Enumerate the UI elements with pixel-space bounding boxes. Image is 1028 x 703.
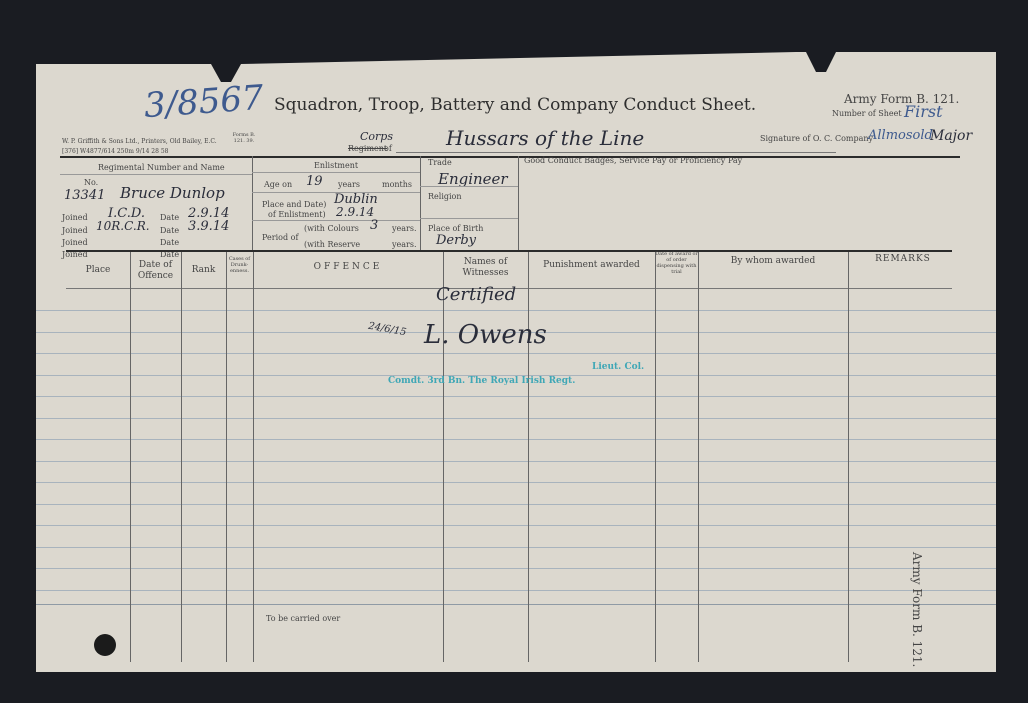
certification-date: 24/6/15: [367, 321, 407, 339]
divider: [518, 156, 519, 251]
ruled-line: [36, 525, 996, 526]
ruled-line: [36, 568, 996, 569]
column-header-date: Date of Offence: [130, 260, 181, 282]
years-label: years.: [392, 224, 417, 233]
birth-value: Derby: [436, 233, 476, 248]
trade-label: Trade: [428, 158, 452, 167]
badges-label: Good Conduct Badges, Service Pay or Prof…: [524, 156, 742, 165]
column-divider: [226, 252, 227, 662]
column-divider: [443, 252, 444, 662]
enlistment-date: 2.9.14: [336, 205, 374, 219]
punch-hole: [94, 634, 116, 656]
column-divider: [253, 252, 254, 662]
column-header-offence: OFFENCE: [253, 262, 443, 273]
place-label-2: of Enlistment): [268, 210, 326, 219]
sheet-number-value: First: [904, 102, 943, 121]
ruled-line: [36, 590, 996, 591]
joined-unit-2: 10R.C.R.: [96, 219, 150, 233]
regiment-label: Regiment: [348, 144, 387, 153]
ruled-line: [36, 418, 996, 419]
reference-number: 3/8567: [143, 78, 265, 126]
birth-label: Place of Birth: [428, 224, 483, 233]
joined-label: Joined: [62, 226, 88, 235]
signature-label: Signature of O. C. Company: [760, 134, 873, 143]
certified-text: Certified: [436, 284, 516, 305]
ruled-line: [36, 482, 996, 483]
column-header-remarks: REMARKS: [848, 254, 958, 265]
column-header-awarded-by: By whom awarded: [698, 256, 848, 267]
ruled-line: [36, 310, 996, 311]
divider: [252, 172, 420, 173]
months-label: months: [382, 180, 412, 189]
joined-date-2: 3.9.14: [188, 219, 229, 234]
divider: [420, 218, 518, 219]
religion-label: Religion: [428, 192, 462, 201]
place-label-1: Place and Date): [262, 200, 326, 209]
column-divider: [848, 252, 849, 662]
regiment-value: Hussars of the Line: [446, 126, 644, 150]
column-header-place: Place: [66, 265, 130, 276]
date-label: Date: [160, 238, 179, 247]
printer-line-2: [376] W4877/614 250m 9/14 28 58: [62, 148, 168, 155]
ruled-line: [36, 353, 996, 354]
column-header-witnesses: Names of Witnesses: [443, 257, 528, 279]
age-label: Age on: [264, 180, 292, 189]
conduct-sheet: 3/8567 Squadron, Troop, Battery and Comp…: [36, 52, 996, 672]
signature-rank: Major: [930, 128, 972, 144]
enlistment-header: Enlistment: [314, 161, 358, 170]
ruled-line: [36, 604, 996, 605]
soldier-name: Bruce Dunlop: [120, 184, 225, 202]
column-header-date-award: Date of award or of order dispensing wit…: [655, 251, 698, 275]
signature-value: Allmosold: [868, 128, 933, 143]
header-rule: [60, 156, 960, 158]
corps-label: Corps: [360, 130, 393, 143]
column-divider: [130, 252, 131, 662]
column-header-rank: Rank: [181, 265, 226, 276]
ruled-line: [36, 504, 996, 505]
forms-tag: Forms B. 121. 39.: [232, 132, 256, 144]
joined-label: Joined: [62, 213, 88, 222]
printer-line-1: W. P. Griffith & Sons Ltd., Printers, Ol…: [62, 138, 217, 145]
no-label: No.: [84, 178, 98, 187]
column-header-punishment: Punishment awarded: [528, 260, 655, 271]
stamp-unit: Comdt. 3rd Bn. The Royal Irish Regt.: [388, 376, 575, 386]
ruled-line: [36, 461, 996, 462]
page-title: Squadron, Troop, Battery and Company Con…: [274, 95, 756, 115]
column-divider: [655, 252, 656, 662]
regimental-number: 13341: [64, 188, 105, 203]
date-label: Date: [160, 213, 179, 222]
date-label: Date: [160, 226, 179, 235]
years-label: years.: [392, 240, 417, 249]
divider: [252, 220, 420, 221]
certification-signature: L. Owens: [424, 320, 547, 350]
joined-label: Joined: [62, 238, 88, 247]
regiment-underline: [396, 152, 836, 153]
ruled-line: [36, 547, 996, 548]
divider: [60, 174, 252, 175]
carried-over-label: To be carried over: [266, 614, 340, 623]
divider: [252, 156, 253, 251]
column-divider: [528, 252, 529, 662]
table-top-rule: [66, 250, 952, 252]
regiment-of: of: [384, 144, 392, 153]
ruled-line: [36, 396, 996, 397]
divider: [420, 156, 421, 251]
column-divider: [181, 252, 182, 662]
years-label: years: [338, 180, 360, 189]
ruled-line: [36, 439, 996, 440]
regimental-header: Regimental Number and Name: [98, 163, 225, 172]
column-divider: [698, 252, 699, 662]
with-colours-value: 3: [370, 218, 378, 233]
stamp-rank: Lieut. Col.: [592, 362, 644, 372]
age-value: 19: [306, 174, 323, 189]
column-header-drunkenness: Cases of Drunk-enness.: [226, 256, 253, 274]
with-colours-label: (with Colours: [304, 224, 359, 233]
divider: [420, 186, 518, 187]
form-name-side: Army Form B. 121.: [910, 552, 924, 667]
sheet-number-label: Number of Sheet: [832, 109, 902, 118]
with-reserve-label: (with Reserve: [304, 240, 360, 249]
period-label: Period of: [262, 233, 298, 242]
